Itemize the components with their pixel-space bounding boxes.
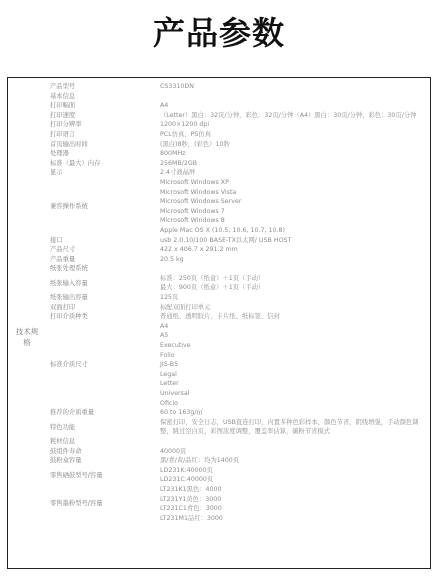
spec-row: 兼容操作系统Microsoft Windows XPMicrosoft Wind…	[50, 178, 430, 236]
page-title: 产品参数	[0, 10, 438, 56]
spec-row: 打印分辨率1200×1200 dpi	[50, 120, 430, 130]
spec-value: (黑白)8秒，(彩色）10秒	[160, 140, 425, 150]
spec-value-line: usb 2.0,10/100 BASE-TX以太网/ USB HOST	[160, 236, 425, 246]
spec-value-line: JIS-B5	[160, 360, 425, 370]
spec-value-line: 最大：900页（纸盒）＋1页（手动）	[160, 283, 425, 293]
spec-label: 产品重量	[50, 255, 160, 265]
spec-row: 产品尺寸422 x 406.7 x 291.2 mm	[50, 245, 430, 255]
spec-value-line: 保密打印，安全日志，USB直连打印，内置多种色彩样本，颜色节省，阴线增强，手动颜…	[160, 418, 425, 437]
spec-value-line: Legal	[160, 370, 425, 380]
spec-value: 40000页	[160, 447, 425, 457]
spec-value-line: A4	[160, 322, 425, 332]
spec-value-line: LD231K:40000页	[160, 466, 425, 476]
spec-label: 兼容操作系统	[50, 202, 160, 212]
spec-value-line: 422 x 406.7 x 291.2 mm	[160, 245, 425, 255]
spec-value-line: Apple Mac OS X (10.5, 10.6, 10.7, 10.8)	[160, 226, 425, 236]
spec-label: 打印介质种类	[50, 312, 160, 322]
spec-value-line: Universal	[160, 389, 425, 399]
spec-row: 鼓粉盒容量黑/青/黄/品红：均为1400页	[50, 456, 430, 466]
spec-value: 20.5 kg	[160, 255, 425, 265]
spec-value-line: 800MHz	[160, 149, 425, 159]
spec-label: 鼓组件寿命	[50, 447, 160, 457]
spec-value-line: 40000页	[160, 447, 425, 457]
spec-row: 处理器800MHz	[50, 149, 430, 159]
spec-row: 打印幅面A4	[50, 101, 430, 111]
spec-row: 产品型号CS3310DN	[50, 82, 430, 92]
spec-value: 黑/青/黄/品红：均为1400页	[160, 456, 425, 466]
spec-row: 纸张处理系统	[50, 264, 430, 274]
spec-row: 标准介质尺寸A4A5ExecutiveFolioJIS-B5LegalLette…	[50, 322, 430, 408]
spec-value-line: Microsoft Windows Server	[160, 197, 425, 207]
spec-value: LT231K1黑色：4000LT231Y1黄色：3000LT231C1青色：30…	[160, 485, 425, 523]
spec-label: 纸张处理系统	[50, 264, 160, 274]
spec-label: 接口	[50, 236, 160, 246]
spec-label: 产品型号	[50, 82, 160, 92]
spec-value: 1200×1200 dpi	[160, 120, 425, 130]
spec-value-line: Microsoft Windows 8	[160, 216, 425, 226]
spec-label: 特色功能	[50, 423, 160, 433]
spec-label: 鼓粉盒容量	[50, 456, 160, 466]
spec-row: 耗材信息	[50, 437, 430, 447]
spec-value: 800MHz	[160, 149, 425, 159]
spec-label: 推荐的介质重量	[50, 408, 160, 418]
spec-value-line: Microsoft Windows Vista	[160, 188, 425, 198]
spec-label: 首页输出时间	[50, 140, 160, 150]
spec-label: 纸张输入容量	[50, 279, 160, 289]
spec-row: 纸张输出容量125页	[50, 293, 430, 303]
spec-value-line: 标配双面打印单元	[160, 303, 425, 313]
spec-value-line: 256MB/2GB	[160, 159, 425, 169]
spec-label: 纸张输出容量	[50, 293, 160, 303]
spec-row: 鼓组件寿命40000页	[50, 447, 430, 457]
spec-label: 显示	[50, 168, 160, 178]
spec-value-line	[160, 92, 425, 102]
spec-value: A4A5ExecutiveFolioJIS-B5LegalLetterUnive…	[160, 322, 425, 408]
spec-label: 打印速度	[50, 111, 160, 121]
spec-row: 打印语言PCL仿真，PS仿真	[50, 130, 430, 140]
spec-value-line	[160, 437, 425, 447]
spec-label: 零售墨粉型号/容量	[50, 499, 160, 509]
spec-value: 普通纸、透明胶片、卡片纸、纸标签、信封	[160, 312, 425, 322]
spec-value: LD231K:40000页LD231C:40000页	[160, 466, 425, 485]
spec-value	[160, 437, 425, 447]
spec-label: 零售硒鼓型号/容量	[50, 471, 160, 481]
spec-row: 产品重量20.5 kg	[50, 255, 430, 265]
spec-value-line: CS3310DN	[160, 82, 425, 92]
spec-label: 标准（最大）内存	[50, 159, 160, 169]
spec-value: PCL仿真，PS仿真	[160, 130, 425, 140]
spec-label: 打印幅面	[50, 101, 160, 111]
spec-value-line: LD231C:40000页	[160, 475, 425, 485]
spec-label: 打印分辨率	[50, 120, 160, 130]
spec-value-line: Microsoft Windows 7	[160, 207, 425, 217]
spec-value-line: 标准：250页（纸盒）＋1页（手动）	[160, 274, 425, 284]
spec-value-line: LT231M1品红：3000	[160, 514, 425, 524]
group-label-tech-specs: 技术规格	[14, 326, 40, 348]
spec-value-line: 普通纸、透明胶片、卡片纸、纸标签、信封	[160, 312, 425, 322]
spec-value: A4	[160, 101, 425, 111]
spec-value-line: 2.4寸液晶屏	[160, 168, 425, 178]
spec-value-line: 20.5 kg	[160, 255, 425, 265]
spec-value-line: LT231Y1黄色：3000	[160, 495, 425, 505]
spec-label: 双面打印	[50, 303, 160, 313]
spec-value-line: Folio	[160, 351, 425, 361]
spec-row: 打印介质种类普通纸、透明胶片、卡片纸、纸标签、信封	[50, 312, 430, 322]
spec-value-line: A4	[160, 101, 425, 111]
spec-value-line: Letter	[160, 379, 425, 389]
spec-value	[160, 92, 425, 102]
spec-value-line: Microsoft Windows XP	[160, 178, 425, 188]
spec-value: 256MB/2GB	[160, 159, 425, 169]
spec-value: 422 x 406.7 x 291.2 mm	[160, 245, 425, 255]
spec-label: 标准介质尺寸	[50, 360, 160, 370]
spec-value-line: LT231C1青色：3000	[160, 504, 425, 514]
spec-value-line: 60 to 163g/㎡	[160, 408, 425, 418]
spec-label: 产品尺寸	[50, 245, 160, 255]
spec-value: 标准：250页（纸盒）＋1页（手动）最大：900页（纸盒）＋1页（手动）	[160, 274, 425, 293]
spec-value-line: PCL仿真，PS仿真	[160, 130, 425, 140]
spec-row: 双面打印标配双面打印单元	[50, 303, 430, 313]
spec-label: 耗材信息	[50, 437, 160, 447]
spec-row: 零售硒鼓型号/容量LD231K:40000页LD231C:40000页	[50, 466, 430, 485]
spec-value-line: LT231K1黑色：4000	[160, 485, 425, 495]
spec-value-line	[160, 264, 425, 274]
spec-value: CS3310DN	[160, 82, 425, 92]
spec-value: 标配双面打印单元	[160, 303, 425, 313]
spec-value: 125页	[160, 293, 425, 303]
spec-row: 零售墨粉型号/容量LT231K1黑色：4000LT231Y1黄色：3000LT2…	[50, 485, 430, 523]
spec-value: 2.4寸液晶屏	[160, 168, 425, 178]
spec-row: 打印速度（Letter）黑白：32页/分钟、彩色：32页/分钟（A4）黑白：30…	[50, 111, 430, 121]
spec-row: 纸张输入容量标准：250页（纸盒）＋1页（手动）最大：900页（纸盒）＋1页（手…	[50, 274, 430, 293]
spec-table: 产品型号CS3310DN基本信息 打印幅面A4打印速度（Letter）黑白：32…	[50, 82, 430, 523]
spec-value-line: （Letter）黑白：32页/分钟、彩色：32页/分钟（A4）黑白：30页/分钟…	[160, 111, 425, 121]
spec-value-line: A5	[160, 331, 425, 341]
spec-row: 接口usb 2.0,10/100 BASE-TX以太网/ USB HOST	[50, 236, 430, 246]
spec-value: 60 to 163g/㎡	[160, 408, 425, 418]
spec-value: （Letter）黑白：32页/分钟、彩色：32页/分钟（A4）黑白：30页/分钟…	[160, 111, 425, 121]
spec-row: 显示2.4寸液晶屏	[50, 168, 430, 178]
spec-value-line: Executive	[160, 341, 425, 351]
spec-row: 推荐的介质重量60 to 163g/㎡	[50, 408, 430, 418]
spec-row: 首页输出时间(黑白)8秒，(彩色）10秒	[50, 140, 430, 150]
spec-value-line: Oficio	[160, 399, 425, 409]
spec-value: usb 2.0,10/100 BASE-TX以太网/ USB HOST	[160, 236, 425, 246]
spec-value-line: 黑/青/黄/品红：均为1400页	[160, 456, 425, 466]
spec-label: 打印语言	[50, 130, 160, 140]
spec-value-line: 125页	[160, 293, 425, 303]
spec-value-line: 1200×1200 dpi	[160, 120, 425, 130]
spec-row: 基本信息	[50, 92, 430, 102]
spec-row: 特色功能保密打印，安全日志，USB直连打印，内置多种色彩样本，颜色节省，阴线增强…	[50, 418, 430, 437]
spec-label: 基本信息	[50, 92, 160, 102]
spec-value	[160, 264, 425, 274]
spec-value: Microsoft Windows XPMicrosoft Windows Vi…	[160, 178, 425, 236]
spec-value: 保密打印，安全日志，USB直连打印，内置多种色彩样本，颜色节省，阴线增强，手动颜…	[160, 418, 425, 437]
spec-row: 标准（最大）内存256MB/2GB	[50, 159, 430, 169]
spec-value-line: (黑白)8秒，(彩色）10秒	[160, 140, 425, 150]
spec-label: 处理器	[50, 149, 160, 159]
